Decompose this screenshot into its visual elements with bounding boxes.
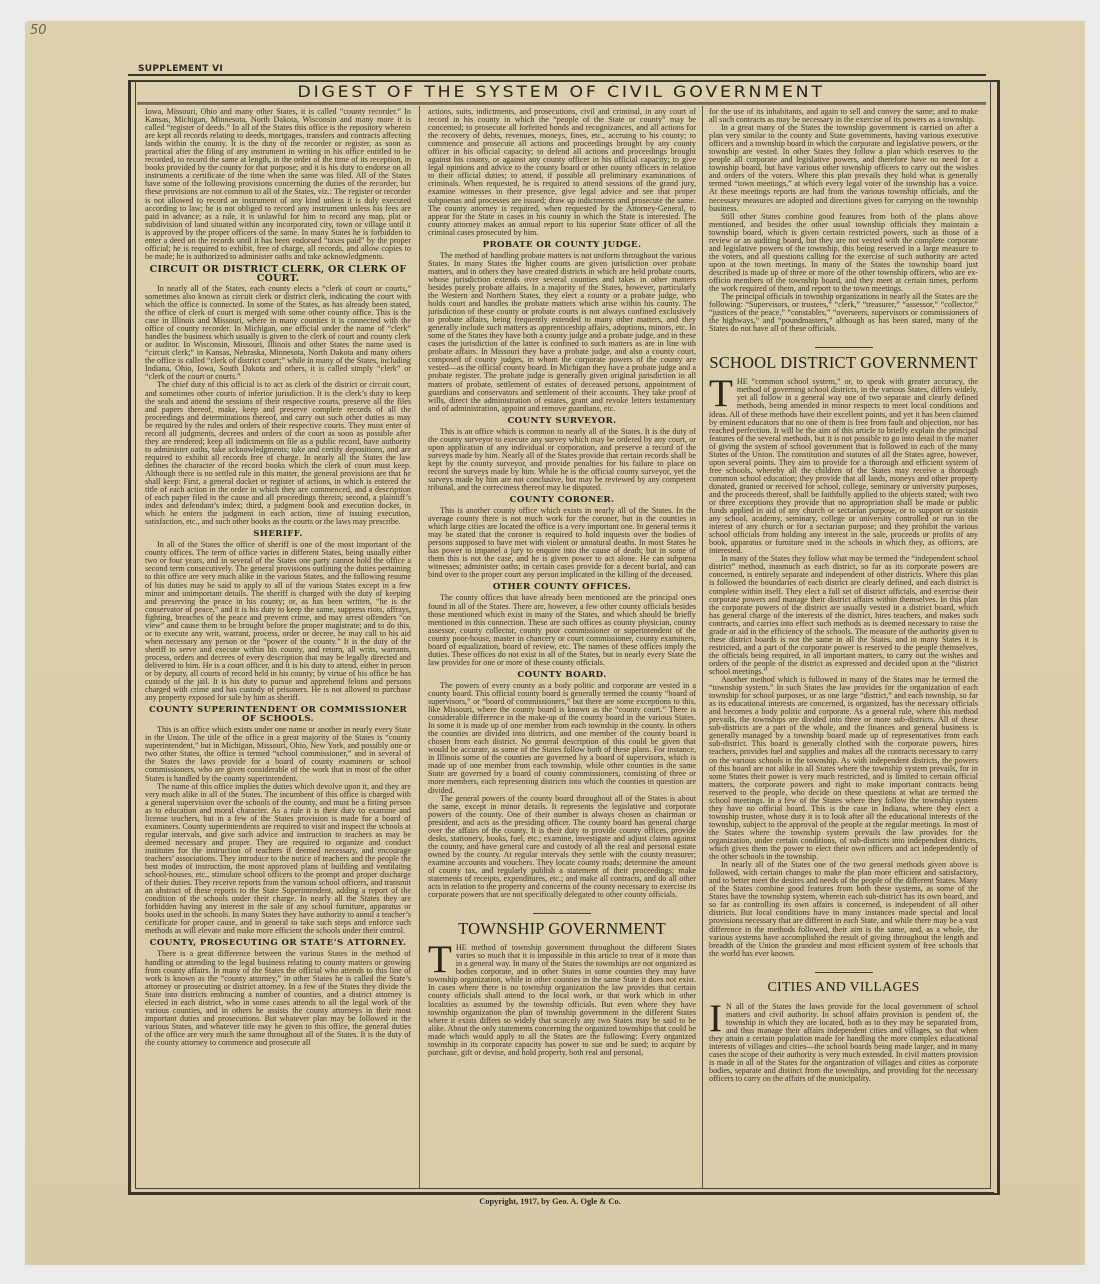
- column-2: actions, suits, indictments, and prosecu…: [428, 108, 696, 1186]
- school-paragraph-1: THE “common school system,” or, to speak…: [709, 378, 978, 555]
- heading-county-board: COUNTY BOARD.: [428, 671, 696, 680]
- drop-cap: I: [709, 1004, 722, 1034]
- drop-cap: T: [709, 379, 733, 409]
- clerk-paragraph-1: In nearly all of the States, each county…: [145, 285, 411, 382]
- attorney-paragraph: There is a great difference between the …: [145, 950, 411, 1047]
- township-paragraph-3: Still other States combine good features…: [709, 213, 978, 293]
- township-paragraph-1-text: HE method of township government through…: [428, 943, 696, 1057]
- cities-paragraph-text: N all of the States the laws provide for…: [709, 1002, 978, 1083]
- superintendent-paragraph-1: This is an office which exists under one…: [145, 726, 411, 782]
- heading-clerk-of-court: CIRCUIT OR DISTRICT CLERK, OR CLERK OF C…: [145, 265, 411, 283]
- column-1: Iowa, Missouri, Ohio and many other Stat…: [145, 108, 411, 1186]
- heading-cities-and-villages: CITIES AND VILLAGES: [709, 979, 978, 997]
- county-board-paragraph-2: The general powers of the county board t…: [428, 795, 696, 900]
- school-paragraph-2: In many of the States they follow what m…: [709, 555, 978, 676]
- recorder-continued-paragraph: Iowa, Missouri, Ohio and many other Stat…: [145, 108, 411, 261]
- heading-township-government: TOWNSHIP GOVERNMENT: [428, 920, 696, 938]
- township-paragraph-2: In a great many of the States the townsh…: [709, 124, 978, 213]
- copyright-line: Copyright, 1917, by Geo. A. Ogle & Co.: [0, 1197, 1100, 1206]
- heading-county-surveyor: COUNTY SURVEYOR.: [428, 417, 696, 426]
- title-band: DIGEST OF THE SYSTEM OF CIVIL GOVERNMENT: [137, 82, 986, 102]
- township-paragraph-4: The principal officials in township orga…: [709, 293, 978, 333]
- page-title: DIGEST OF THE SYSTEM OF CIVIL GOVERNMENT: [298, 82, 825, 102]
- title-rule: [137, 102, 986, 105]
- section-rule: [533, 913, 591, 914]
- top-rule: [128, 74, 986, 76]
- heading-county-superintendent: COUNTY SUPERINTENDENT OR COMMISSIONER OF…: [145, 706, 411, 724]
- township-continued-paragraph: for the use of its inhabitants, and agai…: [709, 108, 978, 124]
- heading-sheriff: SHERIFF.: [145, 530, 411, 539]
- cities-paragraph: IN all of the States the laws provide fo…: [709, 1003, 978, 1083]
- heading-other-county-offices: OTHER COUNTY OFFICES.: [428, 583, 696, 592]
- heading-county-coroner: COUNTY CORONER.: [428, 496, 696, 505]
- column-divider: [419, 106, 420, 1188]
- clerk-paragraph-2: The chief duty of this official is to ac…: [145, 381, 411, 526]
- drop-cap: T: [428, 945, 452, 975]
- superintendent-paragraph-2: The name of this office implies the duti…: [145, 783, 411, 936]
- heading-school-district-government: SCHOOL DISTRICT GOVERNMENT: [709, 354, 978, 372]
- column-divider: [702, 106, 703, 1188]
- surveyor-paragraph: This is an office which is common to nea…: [428, 428, 696, 492]
- other-offices-paragraph: The county offices that have already bee…: [428, 594, 696, 666]
- coroner-paragraph: This is another county office which exis…: [428, 507, 696, 579]
- school-paragraph-1-text: HE “common school system,” or, to speak …: [709, 377, 978, 555]
- school-paragraph-4: In nearly all of the States one of the t…: [709, 861, 978, 958]
- probate-paragraph: The method of handling probate matters i…: [428, 252, 696, 413]
- heading-probate-judge: PROBATE OR COUNTY JUDGE.: [428, 241, 696, 250]
- column-3: for the use of its inhabitants, and agai…: [709, 108, 978, 1186]
- section-rule: [815, 972, 873, 973]
- bottom-rule: [128, 1192, 994, 1194]
- county-board-paragraph-1: The powers of every county as a body pol…: [428, 682, 696, 795]
- attorney-continued-paragraph: actions, suits, indictments, and prosecu…: [428, 108, 696, 237]
- township-paragraph-1: THE method of township government throug…: [428, 944, 696, 1057]
- supplement-label: SUPPLEMENT VI: [138, 64, 223, 74]
- handwritten-page-number: 50: [30, 23, 47, 38]
- heading-county-attorney: COUNTY, PROSECUTING OR STATE’S ATTORNEY.: [145, 939, 411, 948]
- sheriff-paragraph: In all of the States the office of sheri…: [145, 541, 411, 702]
- school-paragraph-3: Another method which is followed in many…: [709, 676, 978, 861]
- section-rule: [815, 347, 873, 348]
